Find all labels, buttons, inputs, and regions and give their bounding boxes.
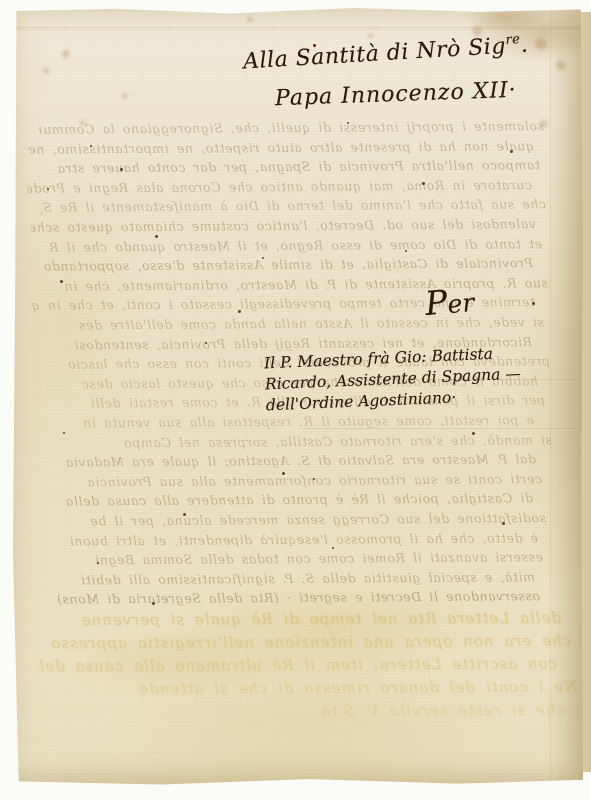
- bleedthrough-line: valendosi del suo od. Decreto, l'antico …: [31, 216, 536, 235]
- ink-speck: [97, 562, 99, 564]
- ink-speck: [282, 472, 285, 475]
- ink-speck: [502, 522, 505, 525]
- heading-line1-text: Alla Santità di Nrò Sig: [243, 34, 507, 75]
- bleedthrough-line: osservandone li Decreti e segreti · (Rta…: [35, 589, 540, 608]
- ink-speck: [405, 250, 407, 252]
- bleedthrough-line: essersi avanzati il Romei come con todas…: [38, 549, 543, 568]
- ink-speck: [262, 257, 264, 259]
- ink-speck: [510, 150, 513, 153]
- bleedthrough-line: dal P. Maestro era Salvatio di S. Agosti…: [31, 451, 536, 470]
- fox-spot: [62, 50, 70, 58]
- faded-stain-line: della Lettera Rta nel tempo di Rè quale …: [41, 609, 561, 630]
- address-heading-line2: Papa Innocenzo XII·: [275, 78, 518, 111]
- right-fold-shading: [549, 8, 583, 786]
- ink-speck: [120, 168, 123, 171]
- faded-stain-line: di che si resta servita V. S.tà: [71, 701, 591, 722]
- fold-crease-top: [13, 27, 583, 28]
- fold-crease-vertical: [550, 8, 551, 786]
- recipient-label: Per: [423, 280, 475, 323]
- ink-speck: [63, 432, 65, 434]
- ink-speck: [47, 188, 49, 190]
- bleedthrough-line: di Castiglia, poiche il Rè è pronto di a…: [28, 491, 533, 510]
- heading-line1-superscript: re: [505, 32, 521, 48]
- ink-speck: [532, 302, 535, 305]
- bleedthrough-line: certi conti se sua ritornario conformame…: [37, 471, 542, 490]
- bleedthrough-line: Provinciale di Castiglia, et di simile A…: [28, 255, 533, 274]
- ink-speck: [238, 310, 241, 313]
- ink-speck: [90, 145, 92, 147]
- fox-spot: [556, 60, 566, 70]
- ink-speck: [422, 182, 425, 185]
- recipient-block: Il P. Maestro frà Gio: Battista Ricardo,…: [264, 343, 522, 417]
- manuscript-scan: solamente i proprij interessi di quelli,…: [0, 0, 591, 800]
- bleedthrough-line: et tanto di Dio come di esso Regno, et i…: [37, 236, 542, 255]
- fox-spot: [540, 120, 547, 127]
- ink-speck: [152, 602, 155, 605]
- bleedthrough-line: mità, e special giustitia della S. P. si…: [30, 569, 535, 588]
- faded-stain-line: con ascritte Lettera: item il Rè ultrama…: [37, 655, 557, 676]
- address-heading-line1: Alla Santità di Nrò Sigre.: [242, 32, 529, 75]
- fox-spot: [247, 16, 253, 22]
- ink-speck: [347, 122, 349, 124]
- bleedthrough-line: si mandò, che s'era ritornato Castilla, …: [47, 432, 552, 451]
- fox-spot: [122, 93, 128, 99]
- heading-line1-period: .: [520, 33, 529, 58]
- bleedthrough-line: sodisfattione del suo Corregg senza merc…: [41, 510, 546, 529]
- bleedthrough-line: è detto, che ha il promosso l'esequirà d…: [33, 530, 538, 549]
- bleedthrough-line: solamente i proprij interessi di quelli,…: [39, 118, 544, 137]
- ink-speck: [183, 513, 186, 516]
- ink-speck: [313, 478, 315, 480]
- faded-stain-line: Ne i conti del danaro rimesso di che si …: [57, 678, 577, 699]
- fold-crease-horizontal-2: [303, 428, 581, 429]
- ink-speck: [332, 547, 334, 549]
- bleedthrough-line: che sua fatto che l'animo del terno di D…: [41, 197, 546, 216]
- fox-spot: [43, 68, 49, 74]
- faded-stain-line: che era non opera una intenzione nell'ir…: [51, 632, 571, 653]
- fox-spot: [535, 38, 547, 50]
- ink-speck: [205, 342, 207, 344]
- ink-speck: [472, 432, 475, 435]
- bleedthrough-line: tampoco nell'altra Provincia di Spagna, …: [35, 157, 540, 176]
- manuscript-page: solamente i proprij interessi di quelli,…: [13, 8, 583, 786]
- bleedthrough-line: quale non ha di presente altro aiuto ris…: [29, 138, 534, 157]
- fox-spot: [368, 33, 373, 38]
- bleedthrough-line: curatore in Roma, mai quando antico che …: [27, 177, 532, 196]
- ink-speck: [155, 235, 158, 238]
- ink-speck: [60, 280, 63, 283]
- fox-spot: [80, 120, 85, 125]
